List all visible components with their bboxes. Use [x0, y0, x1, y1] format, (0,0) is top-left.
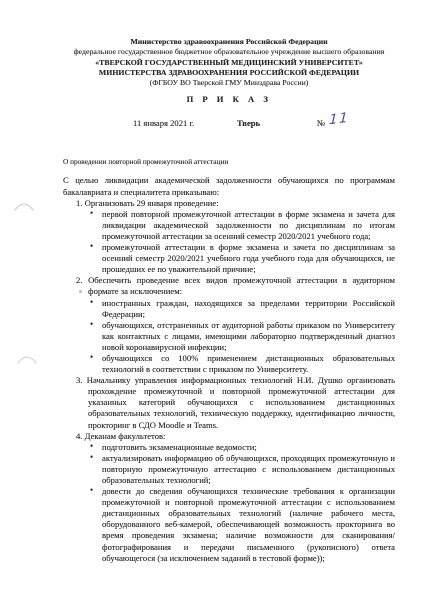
- order-city: Тверь: [237, 118, 260, 128]
- date-line: 11 января 2021 г. Тверь № 11: [63, 116, 395, 132]
- bullet-text: промежуточной аттестации в форме экзамен…: [102, 242, 395, 274]
- org-institution-type-line: федеральное государственное бюджетное об…: [63, 47, 395, 57]
- bullet-marker: •: [90, 319, 93, 330]
- org-abbreviation-line: (ФГБОУ ВО Тверской ГМУ Минздрава России): [63, 78, 395, 88]
- bullet-text: подготовить экзаменационные ведомости;: [102, 442, 257, 452]
- bullet-marker: •: [90, 297, 93, 308]
- order-item: 2. Обеспечить проведение всех видов пром…: [63, 275, 395, 297]
- document-content: Министерство здравоохранения Российской …: [63, 0, 395, 564]
- item-text: Деканам факультетов:: [85, 431, 166, 441]
- bullet-item: • обучающихся со 100% применением дистан…: [63, 353, 395, 375]
- bullet-marker: •: [90, 241, 93, 252]
- bullet-item: • обучающихся, отстраненных от аудиторно…: [63, 320, 395, 353]
- intro-paragraph: С целью ликвидации академической задолже…: [63, 175, 395, 197]
- order-date: 11 января 2021 г.: [133, 118, 194, 128]
- bullet-item: • промежуточной аттестации в форме экзам…: [63, 242, 395, 275]
- item-text: Обеспечить проведение всех видов промежу…: [88, 275, 395, 296]
- bullet-item: • первой повторной промежуточной аттеста…: [63, 209, 395, 242]
- scanned-order-document: Министерство здравоохранения Российской …: [0, 0, 424, 600]
- bullet-text: актуализировать информацию об обучающихс…: [102, 453, 395, 485]
- bullet-text: довести до сведения обучающихся техничес…: [102, 486, 395, 563]
- bullet-marker: •: [90, 441, 93, 452]
- bullet-item: • подготовить экзаменационные ведомости;: [63, 442, 395, 453]
- bullet-text: обучающихся, отстраненных от аудиторной …: [102, 320, 395, 352]
- bullet-marker: •: [90, 352, 93, 363]
- number-sign: №: [317, 118, 325, 128]
- pencil-arc-icon: [13, 200, 35, 212]
- pencil-arc-icon: [16, 353, 38, 365]
- org-ministry-affiliation-line: МИНИСТЕРСТВА ЗДРАВООХРАНЕНИЯ РОССИЙСКОЙ …: [63, 68, 395, 78]
- order-item: 3. Начальнику управления информационных …: [63, 375, 395, 430]
- bullet-item: • иностранных граждан, находящихся за пр…: [63, 298, 395, 320]
- item-number: 1.: [76, 198, 82, 208]
- org-ministry-line: Министерство здравоохранения Российской …: [63, 37, 395, 47]
- bullet-text: иностранных граждан, находящихся за пред…: [102, 298, 395, 319]
- item-text: Начальнику управления информационных тех…: [87, 375, 395, 429]
- bullet-item: • довести до сведения обучающихся технич…: [63, 486, 395, 564]
- order-item: 1. Организовать 29 января проведение:: [63, 198, 395, 209]
- bullet-text: первой повторной промежуточной аттестаци…: [102, 209, 395, 241]
- item-number: 3.: [76, 375, 82, 385]
- order-body: С целью ликвидации академической задолже…: [63, 175, 395, 563]
- scan-speck-icon: [271, 565, 273, 567]
- letterhead: Министерство здравоохранения Российской …: [63, 0, 395, 88]
- org-university-name-line: «ТВЕРСКОЙ ГОСУДАРСТВЕННЫЙ МЕДИЦИНСКИЙ УН…: [63, 58, 395, 68]
- item-number: 4.: [76, 431, 82, 441]
- item-text: Организовать 29 января проведение:: [85, 198, 219, 208]
- bullet-marker: •: [90, 452, 93, 463]
- bullet-item: • актуализировать информацию об обучающи…: [63, 453, 395, 486]
- order-title: П Р И К А З: [63, 94, 395, 104]
- item-number: 2.: [76, 275, 82, 285]
- bullet-marker: •: [90, 485, 93, 496]
- subject-line: О проведении повторной промежуточной атт…: [63, 157, 395, 166]
- bullet-text: обучающихся со 100% применением дистанци…: [102, 353, 395, 374]
- bullet-marker: •: [90, 208, 93, 219]
- order-item: 4. Деканам факультетов:: [63, 431, 395, 442]
- handwritten-order-number: 11: [329, 110, 350, 129]
